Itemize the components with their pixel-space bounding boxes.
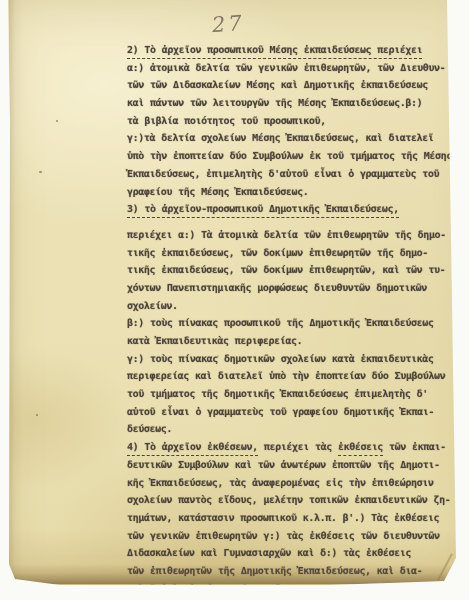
text-line: τῶν ἐπιθεωρητῶν τῆς Δημοτικῆς Ἐκπαιδεύσε… <box>127 563 461 581</box>
typed-text: ὑπὸ τὴν ἐποπτείαν δύο Συμβούλων ἐκ τοῦ τ… <box>127 151 452 162</box>
text-line: τὰ βιβλία ποιότητος τοῦ προσωπικοῦ, <box>127 113 461 131</box>
underlined-text: 3) τὸ ἀρχεῖον-προσωπικοῦ Δημοτικῆς Ἐκπαι… <box>127 204 399 218</box>
text-line: γ:)τὰ δελτία σχολείων Μέσης Ἐκπαιδεύσεως… <box>127 130 461 148</box>
typed-text: τῶν γενικῶν ἐπιθεωρητῶν γ:) τὰς ἐκθέσεις… <box>127 531 440 542</box>
text-line: τῶν γενικῶν ἐπιθεωρητῶν γ:) τὰς ἐκθέσεις… <box>127 528 461 546</box>
text-line: καὶ πάντων τῶν λειτουργῶν τῆς Μέσης Ἐκπα… <box>127 95 461 113</box>
ink-speck <box>39 171 42 173</box>
text-line: περιφερείας καὶ διατελεῖ ὑπὸ τὴν ἐποπτεί… <box>127 368 461 386</box>
ink-speck <box>36 414 38 416</box>
typed-text: δευτικῶν Συμβούλων καὶ τῶν ἀνωτέρων ἐποπ… <box>127 460 440 471</box>
typed-text: καὶ πάντων τῶν λειτουργῶν τῆς Μέσης Ἐκπα… <box>127 98 422 109</box>
page-number: 27 <box>211 11 245 37</box>
paper-crease <box>9 0 23 584</box>
text-line: α:) ἀτομικὰ δελτία τῶν γενικῶν ἐπιθεωρητ… <box>127 60 461 78</box>
underlined-text: 2) Τὸ ἀρχεῖον προσωπικοῦ Μέσης ἐκπαιδεύσ… <box>127 45 422 59</box>
typed-text: δεύσεως. <box>127 424 172 435</box>
text-line: γραφείου τῆς Μέσης Ἐκπαιδεύσεως. <box>127 184 461 202</box>
typed-text: σχολείων παντὸς εἴδους, μελέτην τοπικῶν … <box>127 495 450 506</box>
typed-text: τικῆς ἐκπαιδεύσεως, τῶν δοκίμων ἐπιθεωρη… <box>127 248 428 259</box>
typed-text: κατὰ Ἐκπαιδευτικὰς περιφερείας. <box>127 336 302 347</box>
typed-text: τελεῖ ὑπὸ τὴν ἐποπτείαν τοῦ <box>127 584 281 595</box>
typed-text: σχολείων. <box>127 301 178 312</box>
paper-sheet: 27 2) Τὸ ἀρχεῖον προσωπικοῦ Μέσης ἐκπαιδ… <box>0 0 469 600</box>
typed-text: περιέχει τὰς <box>258 442 338 453</box>
typed-text: Ἐκπαιδεύσεως, ἐπιμελητὴς δ'αὐτοῦ εἶναι ὁ… <box>127 169 439 180</box>
typed-text: γ:) τοὺς πίνακας δημοτικῶν σχολείων κατὰ… <box>127 354 434 365</box>
typed-text: τικῆς ἐκπαιδεύσεως, τῶν δοκίμων ἐπιθεωρη… <box>127 265 445 276</box>
typed-text: χόντων Πανεπιστημιακῆς μορφώσεως διευθυν… <box>127 283 427 294</box>
text-line: 4) Τὸ ἀρχεῖον ἐκθέσεων, περιέχει τὰς ἐκθ… <box>127 439 461 457</box>
typed-text: τημάτων, κατάστασιν προσωπικοῦ κ.λ.π. β'… <box>127 513 439 524</box>
typed-text-block: 2) Τὸ ἀρχεῖον προσωπικοῦ Μέσης ἐκπαιδεύσ… <box>127 42 461 598</box>
typed-text: τοῦ τμήματος τῆς δημοτικῆς Ἐκπαιδεύσεως … <box>127 389 428 400</box>
text-line: 2) Τὸ ἀρχεῖον προσωπικοῦ Μέσης ἐκπαιδεύσ… <box>127 42 461 60</box>
text-line: τικῆς ἐκπαιδεύσεως, τῶν δοκίμων ἐπιθεωρη… <box>127 262 461 280</box>
text-line: τημάτων, κατάστασιν προσωπικοῦ κ.λ.π. β'… <box>127 510 461 528</box>
text-line: αὐτοῦ εἶναι ὁ γραμματεὺς τοῦ γραφείου δη… <box>127 404 461 422</box>
ink-speck <box>56 120 58 122</box>
text-line: τελεῖ ὑπὸ τὴν ἐποπτείαν τοῦ <box>127 581 461 599</box>
typed-text: τῶν ἐκπαι- <box>383 442 446 453</box>
text-line: ὑπὸ τὴν ἐποπτείαν δύο Συμβούλων ἐκ τοῦ τ… <box>127 148 461 166</box>
text-line: τικῆς ἐκπαιδεύσεως, τῶν δοκίμων ἐπιθεωρη… <box>127 245 461 263</box>
ink-speck <box>217 355 219 357</box>
typed-text: αὐτοῦ εἶναι ὁ γραμματεὺς τοῦ γραφείου δη… <box>127 407 434 418</box>
text-line: δεύσεως. <box>127 421 461 439</box>
typed-text: α:) ἀτομικὰ δελτία τῶν γενικῶν ἐπιθεωρητ… <box>127 63 445 74</box>
typed-text: περιφερείας καὶ διατελεῖ ὑπὸ τὴν ἐποπτεί… <box>127 371 445 382</box>
text-line: δευτικῶν Συμβούλων καὶ τῶν ἀνωτέρων ἐποπ… <box>127 457 461 475</box>
text-line: περιέχει α:) Τὰ ἀτομικὰ δελτία τῶν ἐπιθε… <box>127 227 461 245</box>
underlined-text: 4) Τὸ ἀρχεῖον ἐκθέσεων, <box>127 442 258 456</box>
text-line: 3) τὸ ἀρχεῖον-προσωπικοῦ Δημοτικῆς Ἐκπαι… <box>127 201 461 219</box>
scanned-page: 27 2) Τὸ ἀρχεῖον προσωπικοῦ Μέσης ἐκπαιδ… <box>0 0 469 600</box>
text-line: κατὰ Ἐκπαιδευτικὰς περιφερείας. <box>127 333 461 351</box>
text-line: σχολείων παντὸς εἴδους, μελέτην τοπικῶν … <box>127 492 461 510</box>
text-line: τῶν τῶν Διδασκαλείων Μέσης καὶ Δημοτικῆς… <box>127 77 461 95</box>
typed-text: τῶν τῶν Διδασκαλείων Μέσης καὶ Δημοτικῆς… <box>127 80 428 91</box>
underlined-text: ἐκθέσεις <box>338 442 383 456</box>
typed-text: γ:)τὰ δελτία σχολείων Μέσης Ἐκπαιδεύσεως… <box>127 133 434 144</box>
typed-text: κῆς Ἐκπαιδεύσεως, τὰς ἀναφερομένας εἰς τ… <box>127 478 434 489</box>
text-line: κῆς Ἐκπαιδεύσεως, τὰς ἀναφερομένας εἰς τ… <box>127 475 461 493</box>
text-line: σχολείων. <box>127 298 461 316</box>
typed-text: τῶν ἐπιθεωρητῶν τῆς Δημοτικῆς Ἐκπαιδεύσε… <box>127 566 422 577</box>
typed-text: γραφείου τῆς Μέσης Ἐκπαιδεύσεως. <box>127 187 308 198</box>
typed-text: Διδασκαλείων καὶ Γυμνασιαρχῶν καὶ δ:) τὰ… <box>127 548 411 559</box>
typed-text: περιέχει α:) Τὰ ἀτομικὰ δελτία τῶν ἐπιθε… <box>127 230 446 241</box>
text-line: χόντων Πανεπιστημιακῆς μορφώσεως διευθυν… <box>127 280 461 298</box>
text-line: Διδασκαλείων καὶ Γυμνασιαρχῶν καὶ δ:) τὰ… <box>127 545 461 563</box>
text-line: τοῦ τμήματος τῆς δημοτικῆς Ἐκπαιδεύσεως … <box>127 386 461 404</box>
text-line: β:) τοὺς πίνακας προσωπικοῦ τῆς Δημοτικῆ… <box>127 315 461 333</box>
typed-text: β:) τοὺς πίνακας προσωπικοῦ τῆς Δημοτικῆ… <box>127 318 434 329</box>
text-line: γ:) τοὺς πίνακας δημοτικῶν σχολείων κατὰ… <box>127 351 461 369</box>
text-line: Ἐκπαιδεύσεως, ἐπιμελητὴς δ'αὐτοῦ εἶναι ὁ… <box>127 166 461 184</box>
typed-text: τὰ βιβλία ποιότητος τοῦ προσωπικοῦ, <box>127 116 326 127</box>
